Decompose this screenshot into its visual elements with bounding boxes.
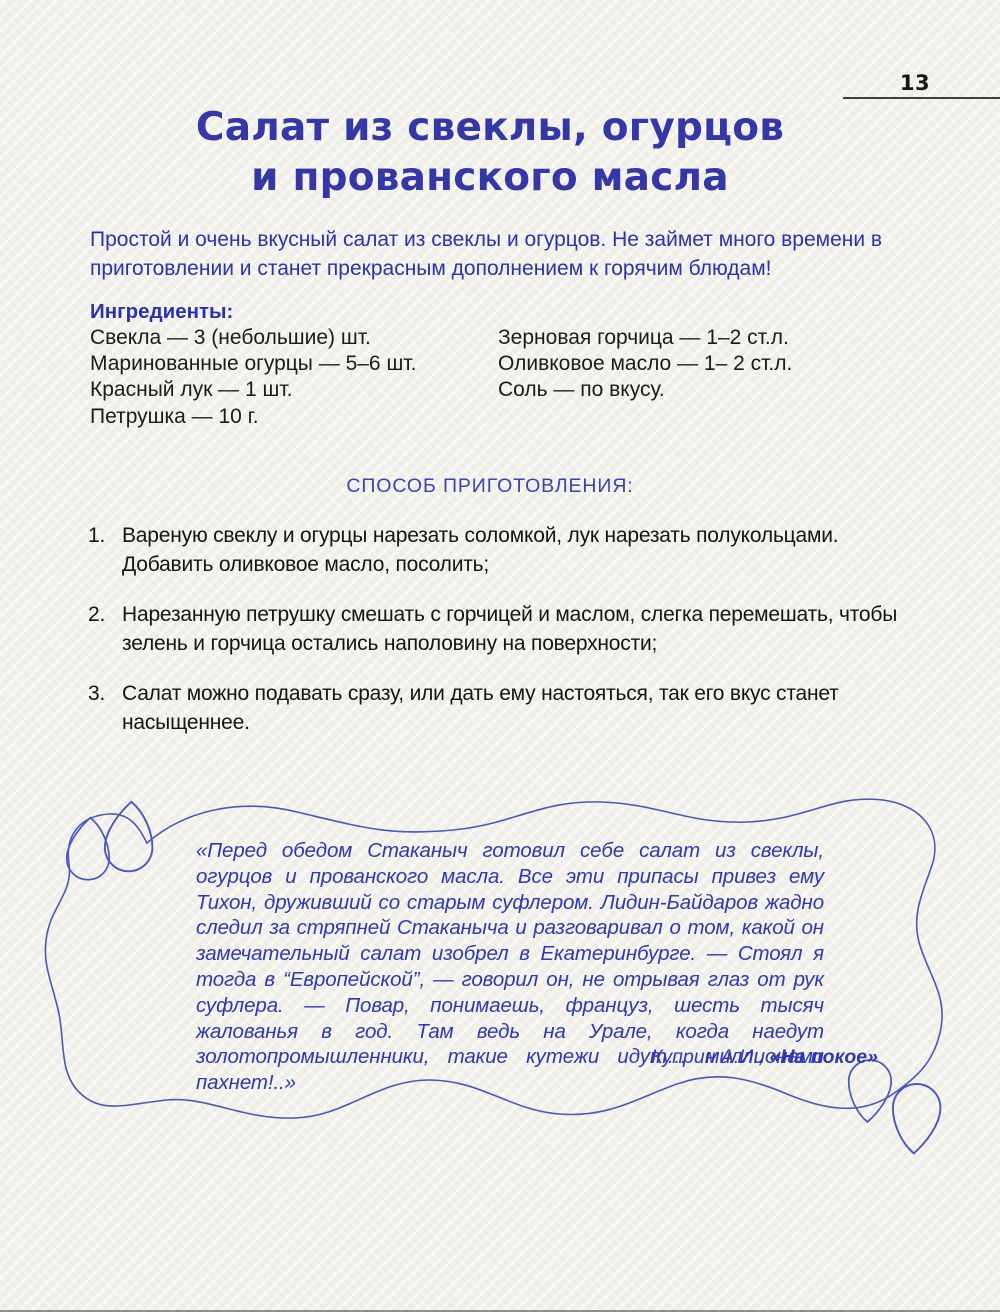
method-steps: 1. Вареную свеклу и огурцы нарезать соло…	[88, 522, 924, 759]
ingredient-item: Петрушка — 10 г.	[90, 404, 490, 430]
step-text: Нарезанную петрушку смешать с горчицей и…	[122, 603, 897, 655]
page-number: 13	[845, 71, 985, 95]
step-number: 1.	[88, 522, 105, 551]
page-title: Салат из свеклы, огурцов и прованского м…	[90, 103, 890, 203]
page-title-line2: и прованского масла	[90, 153, 890, 203]
ingredient-item: Свекла — 3 (небольшие) шт.	[90, 325, 490, 351]
method-step: 1. Вареную свеклу и огурцы нарезать соло…	[88, 522, 924, 579]
quote-author: Куприн А.И.,	[651, 1046, 769, 1068]
step-number: 3.	[88, 680, 105, 709]
ingredients-column-left: Свекла — 3 (небольшие) шт. Маринованные …	[90, 325, 490, 430]
ingredients-column-right: Зерновая горчица — 1–2 ст.л. Оливковое м…	[498, 325, 898, 404]
ingredient-item: Зерновая горчица — 1–2 ст.л.	[498, 325, 898, 351]
method-step: 2. Нарезанную петрушку смешать с горчице…	[88, 601, 924, 658]
method-heading: СПОСОБ ПРИГОТОВЛЕНИЯ:	[90, 475, 890, 498]
ingredients-heading: Ингредиенты:	[90, 300, 233, 324]
header-rule	[843, 97, 1000, 99]
method-step: 3. Салат можно подавать сразу, или дать …	[88, 680, 924, 737]
ingredient-item: Маринованные огурцы — 5–6 шт.	[90, 351, 490, 377]
page-title-line1: Салат из свеклы, огурцов	[90, 103, 890, 153]
step-number: 2.	[88, 601, 105, 630]
ingredient-item: Оливковое масло — 1– 2 ст.л.	[498, 351, 898, 377]
recipe-intro: Простой и очень вкусный салат из свеклы …	[90, 226, 885, 283]
quote-work-title: «На покое»	[770, 1046, 879, 1068]
step-text: Вареную свеклу и огурцы нарезать соломко…	[122, 524, 838, 576]
quote-attribution: Куприн А.И., «На покое»	[196, 1046, 878, 1069]
ingredient-item: Соль — по вкусу.	[498, 377, 898, 403]
ingredient-item: Красный лук — 1 шт.	[90, 377, 490, 403]
step-text: Салат можно подавать сразу, или дать ему…	[122, 682, 839, 734]
recipe-page: 13 Салат из свеклы, огурцов и прованског…	[0, 0, 1000, 1312]
